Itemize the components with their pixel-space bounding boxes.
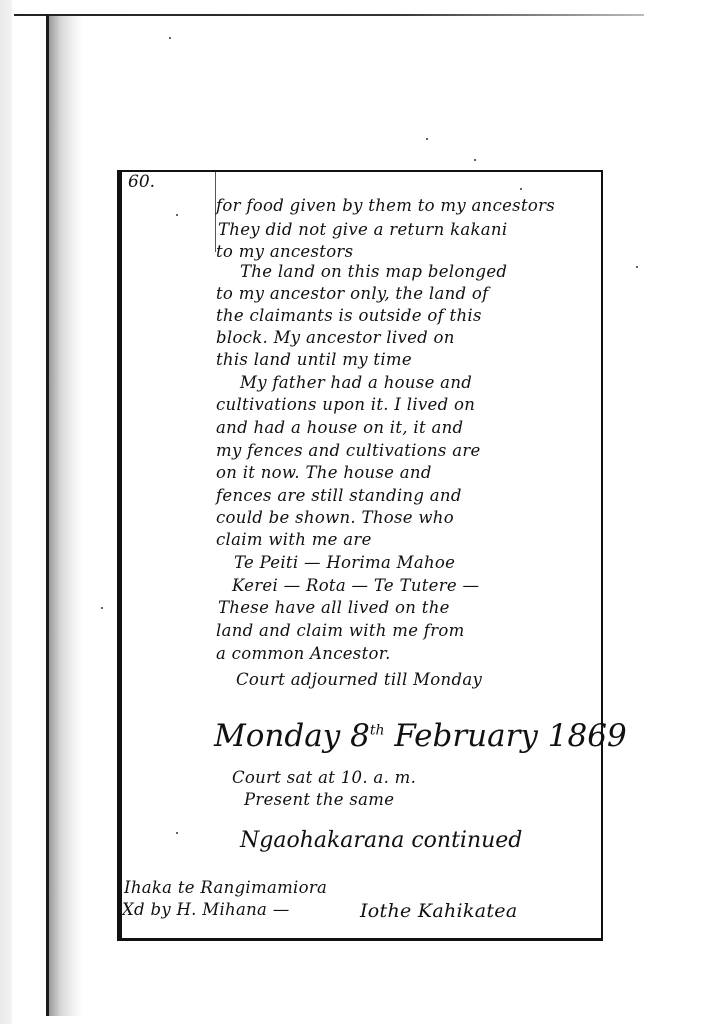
- scan-speck: [101, 607, 103, 609]
- body-line: a common Ancestor.: [216, 644, 391, 663]
- page-number: 60.: [128, 172, 155, 192]
- scan-binding-strip: [0, 0, 12, 1024]
- scan-speck: [169, 37, 171, 39]
- scan-speck: [474, 159, 476, 161]
- scan-speck: [636, 266, 638, 268]
- body-line: my fences and cultivations are: [216, 441, 481, 460]
- footer-crossexam-line: Xd by H. Mihana —: [122, 900, 290, 919]
- body-line: block. My ancestor lived on: [216, 328, 455, 347]
- body-line: land and claim with me from: [216, 621, 465, 640]
- body-line: claim with me are: [216, 530, 372, 549]
- body-line: and had a house on it, it and: [216, 418, 463, 437]
- page-top-edge: [14, 14, 644, 16]
- session-date-heading: Monday 8th February 1869: [214, 718, 627, 754]
- body-line: to my ancestors: [216, 242, 353, 261]
- adjournment-note: Court adjourned till Monday: [236, 670, 482, 689]
- body-line: They did not give a return kakani: [218, 220, 507, 239]
- body-line: could be shown. Those who: [216, 508, 454, 527]
- body-line: My father had a house and: [240, 373, 472, 392]
- body-line: on it now. The house and: [216, 463, 432, 482]
- body-line: These have all lived on the: [218, 598, 450, 617]
- date-suffix: th: [370, 723, 385, 739]
- body-line: fences are still standing and: [216, 486, 462, 505]
- footer-signature-name: Iothe Kahikatea: [360, 900, 517, 922]
- date-weekday: Monday: [214, 718, 340, 754]
- body-line: to my ancestor only, the land of: [216, 284, 489, 303]
- session-present-line: Present the same: [244, 790, 394, 809]
- date-month-year: February 1869: [394, 718, 626, 754]
- scan-speck: [520, 188, 522, 190]
- claimant-names-line: Kerei — Rota — Te Tutere —: [232, 576, 479, 595]
- date-day: 8: [350, 718, 370, 754]
- body-line: cultivations upon it. I lived on: [216, 395, 475, 414]
- body-line: the claimants is outside of this: [216, 306, 482, 325]
- body-line: for food given by them to my ancestors: [216, 196, 555, 215]
- body-line: this land until my time: [216, 350, 412, 369]
- book-spine-line: [46, 14, 49, 1016]
- session-sat-line: Court sat at 10. a. m.: [232, 768, 416, 787]
- claimant-names-line: Te Peiti — Horima Mahoe: [234, 553, 455, 572]
- scan-speck: [176, 214, 178, 216]
- speaker-heading: Ngaohakarana continued: [240, 828, 522, 853]
- scan-speck: [176, 832, 178, 834]
- scan-speck: [426, 138, 428, 140]
- spine-shadow: [49, 16, 83, 1016]
- footer-signature-line: Ihaka te Rangimamiora: [124, 878, 327, 897]
- body-line: The land on this map belonged: [240, 262, 507, 281]
